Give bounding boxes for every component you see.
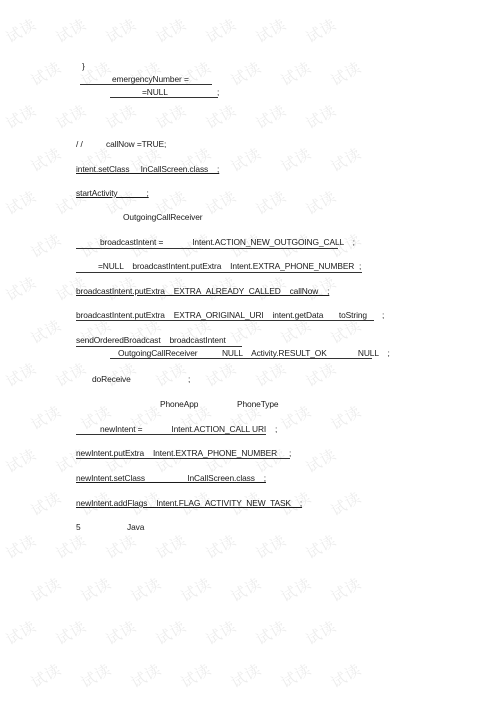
blank-underline xyxy=(110,358,372,359)
blank-underline xyxy=(76,434,266,435)
send-ordered-args-line: OutgoingCallReceiver NULL Activity.RESUL… xyxy=(118,348,390,358)
section-number: 5 xyxy=(76,522,81,532)
phone-type-label: PhoneType xyxy=(237,399,278,409)
blank-underline xyxy=(76,248,338,249)
semicolon: ; xyxy=(382,310,384,320)
comment-marker: / / xyxy=(76,139,83,149)
set-class-line: intent.setClass InCallScreen.class ; xyxy=(76,164,219,174)
putextra-phone-line: =NULL broadcastIntent.putExtra Intent.EX… xyxy=(98,261,354,271)
blank-underline xyxy=(76,346,242,347)
original-uri-line: broadcastIntent.putExtra EXTRA_ORIGINAL_… xyxy=(76,310,367,320)
document-page: } emergencyNumber = =NULL ; / / callNow … xyxy=(0,0,499,706)
null-assign-text: =NULL xyxy=(142,87,168,97)
blank-underline xyxy=(76,272,362,273)
blank-underline xyxy=(80,84,212,85)
semicolon: ; xyxy=(359,261,361,271)
send-ordered-broadcast-line: sendOrderedBroadcast broadcastIntent xyxy=(76,335,226,345)
semicolon: ; xyxy=(217,87,219,97)
callnow-text: callNow =TRUE; xyxy=(106,139,166,149)
semicolon: ; xyxy=(289,448,291,458)
emergency-number-text: emergencyNumber = xyxy=(112,74,189,84)
phone-app-label: PhoneApp xyxy=(160,399,198,409)
section-title: Java xyxy=(127,522,144,532)
semicolon: ; xyxy=(188,374,190,384)
new-intent-setclass-line: newIntent.setClass InCallScreen.class ; xyxy=(76,473,266,483)
new-intent-putextra-line: newIntent.putExtra Intent.EXTRA_PHONE_NU… xyxy=(76,448,277,458)
closing-brace: } xyxy=(82,61,85,71)
blank-underline xyxy=(110,97,218,98)
outgoing-call-receiver-heading: OutgoingCallReceiver xyxy=(123,212,202,222)
blank-underline xyxy=(76,458,290,459)
blank-underline xyxy=(76,320,374,321)
new-intent-line: newIntent = Intent.ACTION_CALL URI ; xyxy=(100,424,277,434)
do-receive-text: doReceive xyxy=(92,374,131,384)
broadcast-intent-line: broadcastIntent = Intent.ACTION_NEW_OUTG… xyxy=(100,237,355,247)
start-activity-line: startActivity ; xyxy=(76,188,149,198)
already-called-line: broadcastIntent.putExtra EXTRA_ALREADY_C… xyxy=(76,286,329,296)
new-intent-addflags-line: newIntent.addFlags Intent.FLAG_ACTIVITY_… xyxy=(76,498,302,508)
